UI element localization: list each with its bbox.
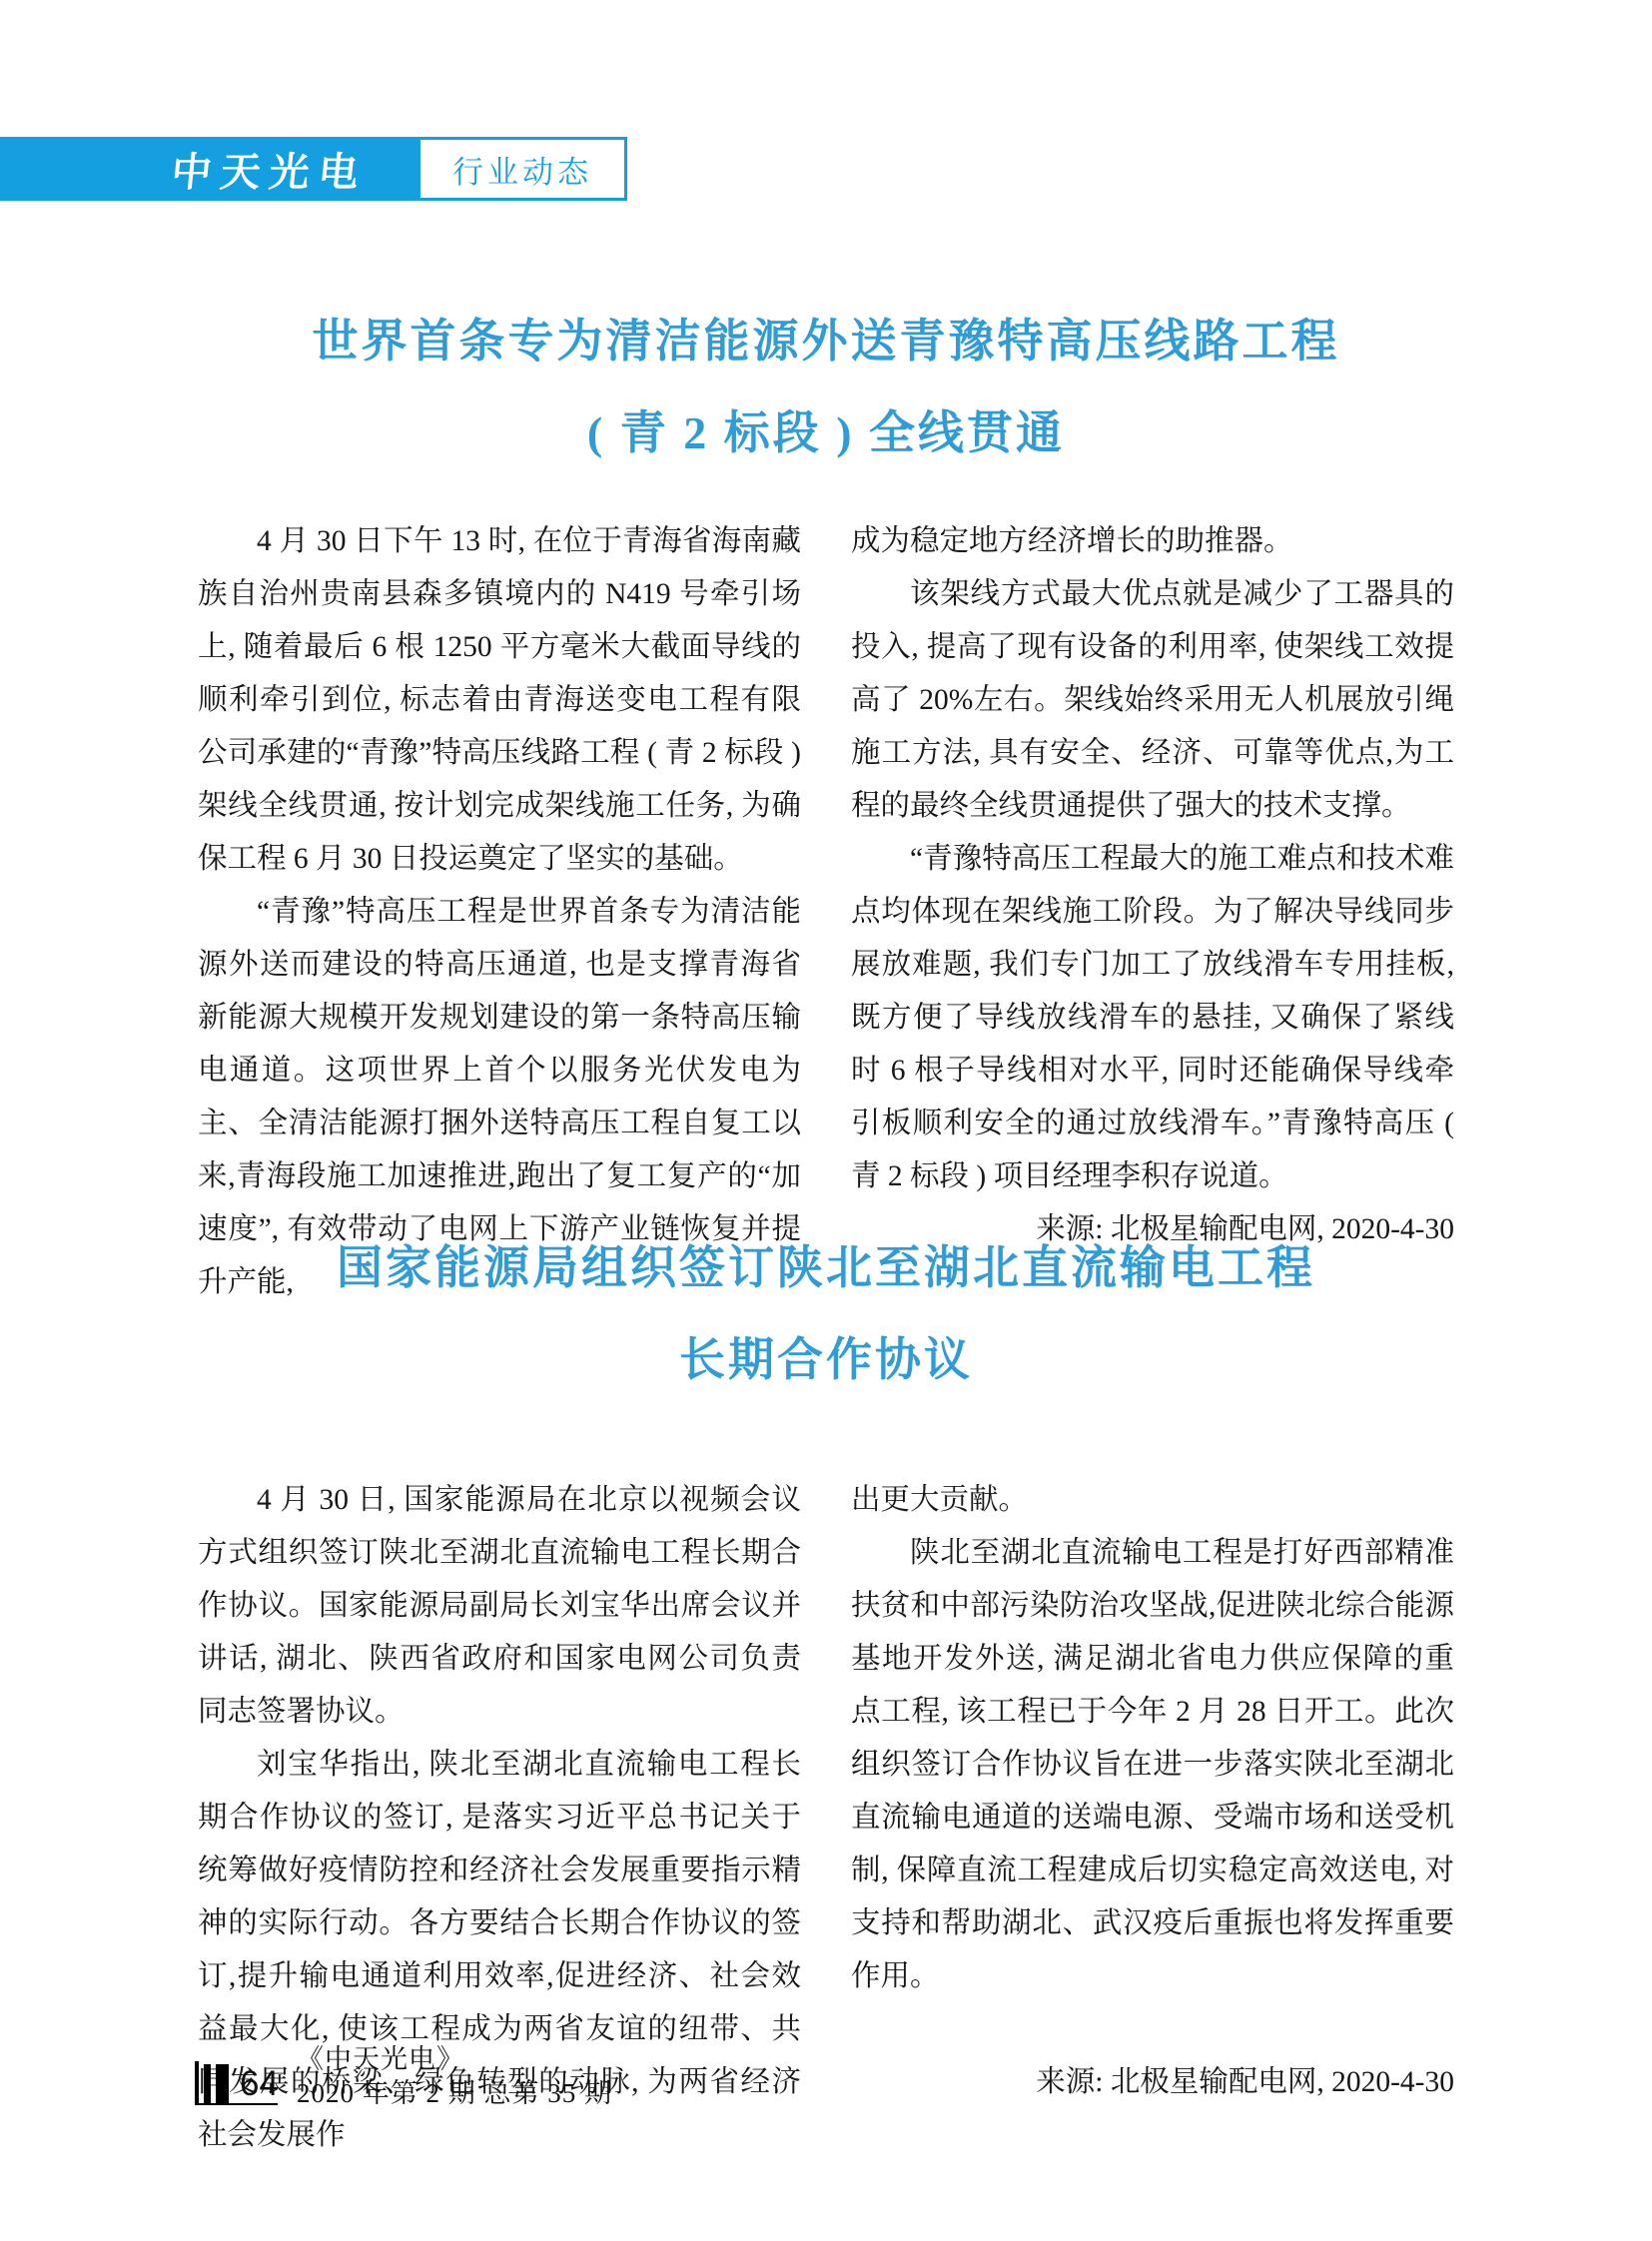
article-2-source: 来源: 北极星输配电网, 2020-4-30 [851,2056,1454,2109]
article-2-right-column: 出更大贡献。 陕北至湖北直流输电工程是打好西部精准扶贫和中部污染防治攻坚战,促进… [851,1474,1454,2109]
footer-rule [195,2103,278,2105]
article-2-title-line-2: 长期合作协议 [0,1314,1652,1406]
article-2-title-line-1: 国家能源局组织签订陕北至湖北直流输电工程 [0,1222,1652,1314]
article-1-paragraph-4: “青豫特高压工程最大的施工难点和技术难点均体现在架线施工阶段。为了解决导线同步展… [851,833,1454,1203]
section-label: 行业动态 [452,147,592,192]
article-1-right-column: 成为稳定地方经济增长的助推器。 该架线方式最大优点就是减少了工器具的投入, 提高… [851,515,1454,1256]
magazine-name: 《中天光电》 [297,2043,464,2075]
brand-logo: 中天光电 [169,141,371,198]
page-number: 64 [240,2065,279,2103]
article-2-title: 国家能源局组织签订陕北至湖北直流输电工程 长期合作协议 [0,1222,1652,1406]
article-1-title: 世界首条专为清洁能源外送青豫特高压线路工程 ( 青 2 标段 ) 全线贯通 [0,296,1652,479]
article-2-paragraph-3: 陕北至湖北直流输电工程是打好西部精准扶贫和中部污染防治攻坚战,促进陕北综合能源基… [851,1527,1454,2003]
section-badge: 行业动态 [417,137,627,201]
magazine-page: 中天光电 行业动态 世界首条专为清洁能源外送青豫特高压线路工程 ( 青 2 标段… [0,0,1652,2241]
article-1-paragraph-1: 4 月 30 日下午 13 时, 在位于青海省海南藏族自治州贵南县森多镇境内的 … [198,515,801,886]
footer-bars-icon [195,2061,229,2104]
article-2-paragraph-1: 4 月 30 日, 国家能源局在北京以视频会议方式组织签订陕北至湖北直流输电工程… [198,1474,801,1739]
article-2-left-column: 4 月 30 日, 国家能源局在北京以视频会议方式组织签订陕北至湖北直流输电工程… [198,1474,801,2162]
article-1-title-line-2: ( 青 2 标段 ) 全线贯通 [0,387,1652,479]
article-1-paragraph-3: 该架线方式最大优点就是减少了工器具的投入, 提高了现有设备的利用率, 使架线工效… [851,568,1454,833]
brand-bar: 中天光电 [0,137,417,201]
article-2-paragraph-2-continuation: 出更大贡献。 [851,1474,1454,1527]
article-1-title-line-1: 世界首条专为清洁能源外送青豫特高压线路工程 [0,296,1652,387]
article-1-paragraph-2-continuation: 成为稳定地方经济增长的助推器。 [851,515,1454,568]
article-1-left-column: 4 月 30 日下午 13 时, 在位于青海省海南藏族自治州贵南县森多镇境内的 … [198,515,801,1309]
issue-info: 2020 年第 2 期 总第 35 期 [297,2077,612,2109]
